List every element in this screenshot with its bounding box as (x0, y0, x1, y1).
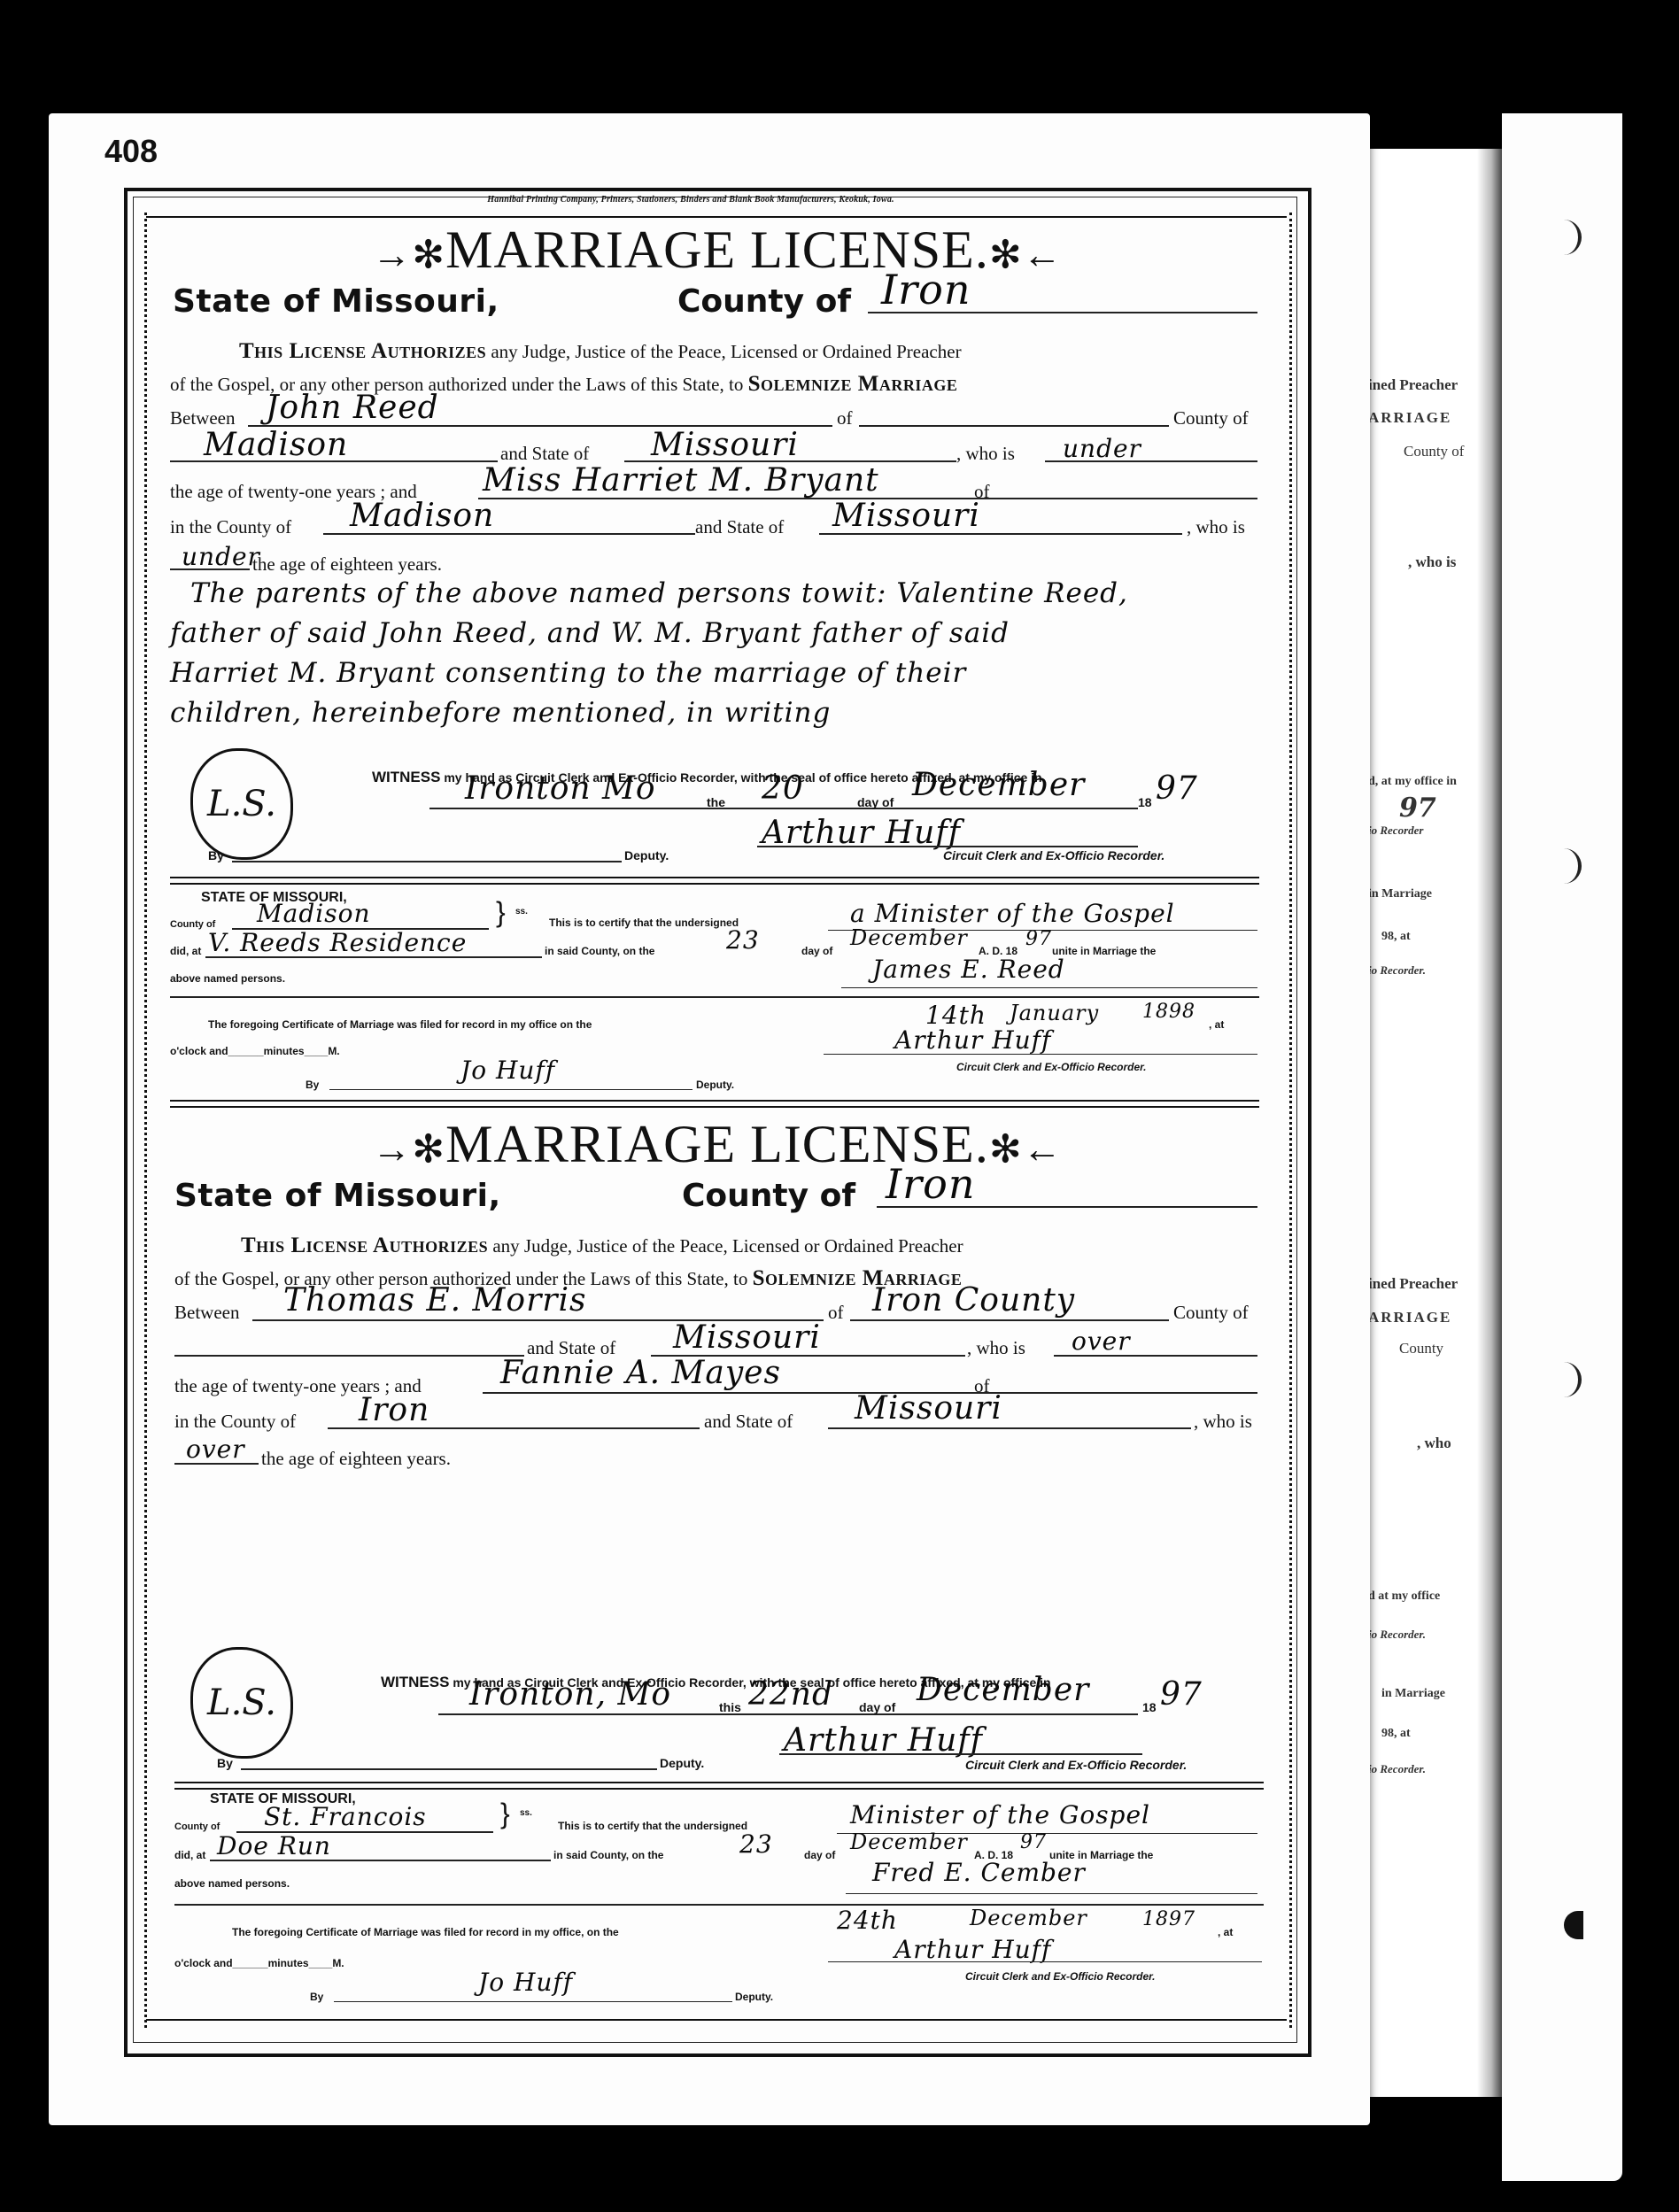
label-at: , at (1218, 1926, 1233, 1938)
witness-place: Ironton, Mo (469, 1676, 671, 1713)
filed-clerk-signature: Arthur Huff (894, 1935, 1051, 1964)
filed-clerk-line (828, 1961, 1262, 1962)
filed-day: 24th (837, 1906, 898, 1935)
label-by: By (208, 848, 224, 862)
cert-year: 97 (1025, 928, 1052, 950)
bride-age-status: over (186, 1435, 245, 1464)
bg-fragment: in Marriage (1368, 887, 1432, 901)
groom-name: John Reed (266, 390, 439, 426)
bg-fragment: io Recorder. (1368, 963, 1426, 978)
license-title: →✻MARRIAGE LICENSE.✻← (142, 220, 1293, 281)
label-clerk-title: Circuit Clerk and Ex-Officio Recorder. (956, 1061, 1147, 1073)
cert-place: Doe Run (217, 1831, 331, 1860)
label-unite: unite in Marriage the (1052, 945, 1156, 957)
county-heading: County of (677, 283, 851, 320)
groom-age-status: under (1063, 434, 1141, 463)
bg-fragment: 98, at (1381, 1727, 1411, 1741)
state-heading: State of Missouri, (173, 283, 499, 320)
groom-name: Thomas E. Morris (283, 1282, 587, 1319)
title-flourish-right: ✻← (989, 1128, 1063, 1172)
authorizes-line: This License Authorizes any Judge, Justi… (239, 339, 962, 364)
bg-fragment: ined Preacher (1368, 376, 1458, 394)
filed-year: 1898 (1142, 1001, 1195, 1023)
cert-month: December (850, 1829, 968, 1854)
label-in-county-of: in the County of (170, 516, 291, 538)
groom-of-field-line (859, 425, 1169, 427)
label-county-of: County of (1173, 1302, 1249, 1324)
bride-state-field-line (828, 1427, 1191, 1429)
filed-clerk-line (824, 1054, 1257, 1055)
bride-age-status: under (182, 542, 260, 571)
bg-fragment: , who (1417, 1435, 1451, 1452)
label-county-of: County of (1173, 407, 1249, 429)
hole-punch-mark (1555, 1362, 1582, 1397)
cert-ss: ss. (515, 907, 528, 917)
witness-year: 97 (1156, 770, 1198, 807)
section-rule (170, 996, 1259, 998)
cert-text: This is to certify that the undersigned (558, 1820, 747, 1832)
county-heading: County of (682, 1178, 855, 1214)
groom-county-field-line (174, 1355, 524, 1357)
label-did-at: did, at (170, 945, 201, 957)
state-heading: State of Missouri, (174, 1178, 501, 1214)
label-foregoing: The foregoing Certificate of Marriage wa… (208, 1018, 592, 1031)
label-clerk-title: Circuit Clerk and Ex-Officio Recorder. (965, 1758, 1187, 1772)
bride-county: Madison (350, 498, 494, 534)
label-foregoing: The foregoing Certificate of Marriage wa… (232, 1926, 619, 1938)
section-divider (170, 877, 1259, 885)
section-divider (174, 1782, 1264, 1790)
bg-fragment: io Recorder (1368, 824, 1423, 838)
cert-text: This is to certify that the undersigned (549, 917, 739, 929)
seal-ls: L.S. (190, 748, 293, 860)
ornamental-rule-top (146, 216, 1287, 218)
label-in-county-of: in the County of (174, 1411, 296, 1433)
officiant-line (841, 987, 1257, 988)
deputy-field-line (232, 861, 622, 862)
officiant-signature: James E. Reed (872, 955, 1065, 984)
bg-fragment: ARRIAGE (1368, 409, 1451, 427)
brace: } (496, 896, 506, 929)
label-year-prefix: 18 (1138, 795, 1152, 809)
label-year-prefix: 18 (1142, 1700, 1157, 1714)
section-rule (174, 1904, 1264, 1906)
label-day-of: day of (804, 1849, 835, 1861)
label-this: this (719, 1700, 741, 1714)
bg-fragment: , who is (1408, 553, 1456, 571)
bg-fragment: County (1399, 1340, 1443, 1357)
cert-day: 23 (739, 1829, 773, 1859)
cert-ss: ss. (520, 1808, 532, 1818)
cert-year: 97 (1020, 1831, 1047, 1853)
label-by: By (310, 1991, 323, 2003)
label-deputy: Deputy. (735, 1991, 773, 2003)
bride-name: Miss Harriet M. Bryant (483, 462, 879, 499)
filed-month: December (970, 1906, 1087, 1930)
clerk-signature-line (757, 846, 1138, 847)
clerk-signature-line (779, 1753, 1142, 1755)
label-who-is: , who is (1187, 516, 1245, 538)
label-of: of (837, 407, 853, 429)
label-day-of: day of (801, 945, 832, 957)
cert-county: Madison (257, 899, 371, 928)
bride-state: Missouri (832, 498, 980, 534)
bride-name: Fannie A. Mayes (500, 1355, 781, 1391)
witness-day: 20 (762, 770, 804, 807)
label-did-at: did, at (174, 1849, 205, 1861)
label-and-state-of: and State of (704, 1411, 793, 1433)
label-between: Between (174, 1302, 239, 1324)
title-flourish-right: ✻← (989, 234, 1063, 277)
label-in-said-county: in said County, on the (553, 1849, 663, 1861)
title-flourish-left: →✻ (372, 234, 445, 277)
label-and-state-of: and State of (695, 516, 784, 538)
title-flourish-left: →✻ (372, 1128, 445, 1172)
license-divider (170, 1100, 1259, 1108)
label-above-named: above named persons. (174, 1877, 290, 1890)
hole-punch-mark (1555, 220, 1582, 255)
witness-place: Ironton Mo (465, 770, 656, 807)
label-day-of: day of (859, 1700, 895, 1714)
label-by: By (306, 1079, 319, 1091)
county-value: Iron (886, 1160, 975, 1208)
label-in-said-county: in said County, on the (545, 945, 654, 957)
label-day-of: day of (857, 795, 894, 809)
groom-age-status: over (1072, 1326, 1131, 1356)
consent-note-line: The parents of the above named persons t… (190, 577, 1128, 609)
bg-fragment: 97 (1399, 793, 1436, 824)
filed-deputy-line (329, 1089, 692, 1090)
bg-fragment: d, at my office in (1368, 775, 1457, 789)
label-who-is: , who is (1194, 1411, 1252, 1433)
groom-state: Missouri (673, 1319, 821, 1356)
bg-fragment: io Recorder. (1368, 1762, 1426, 1776)
consent-note-line: Harriet M. Bryant consenting to the marr… (170, 657, 966, 689)
label-at: , at (1209, 1018, 1224, 1031)
label-deputy: Deputy. (624, 848, 669, 862)
witness-place-field-line (429, 808, 1138, 809)
label-above-named: above named persons. (170, 972, 285, 985)
witness-month: December (912, 767, 1085, 803)
officiant-line (846, 1893, 1257, 1894)
label-age-18: the age of eighteen years. (252, 553, 442, 576)
label-the: the (707, 795, 725, 809)
bg-fragment: io Recorder. (1368, 1628, 1426, 1642)
witness-place-field-line (438, 1713, 1138, 1715)
label-who-is: , who is (956, 443, 1015, 465)
consent-note-line: children, hereinbefore mentioned, in wri… (170, 697, 831, 729)
cert-day: 23 (726, 925, 760, 955)
witness-day: 22nd (748, 1676, 833, 1713)
background-page (1364, 149, 1505, 2097)
filed-month: January (1010, 1001, 1099, 1025)
filed-deputy-signature: Jo Huff (460, 1056, 555, 1085)
groom-state: Missouri (651, 427, 799, 463)
filed-year: 1897 (1142, 1908, 1195, 1930)
bg-fragment: County of (1404, 443, 1464, 460)
cert-month: December (850, 925, 968, 950)
bg-fragment: d at my office (1368, 1589, 1440, 1604)
printer-imprint: Hannibal Printing Company, Printers, Sta… (337, 195, 1045, 205)
label-of: of (828, 1302, 844, 1324)
filed-deputy-signature: Jo Huff (478, 1968, 573, 1997)
groom-of-field-line (850, 1319, 1169, 1321)
label-clerk-title: Circuit Clerk and Ex-Officio Recorder. (965, 1970, 1156, 1983)
filed-deputy-line (334, 2001, 732, 2002)
groom-of: Iron County (872, 1282, 1075, 1319)
bg-fragment: in Marriage (1381, 1687, 1445, 1701)
witness-year: 97 (1160, 1676, 1203, 1713)
label-who-is: , who is (967, 1337, 1025, 1359)
bg-fragment: ined Preacher (1368, 1275, 1458, 1293)
authorizes-line: This License Authorizes any Judge, Justi… (241, 1234, 963, 1258)
oclock-line: o'clock and______minutes____M. (170, 1045, 340, 1057)
bride-state: Missouri (855, 1390, 1002, 1427)
cert-county-label: County of (174, 1821, 220, 1832)
cert-county: St. Francois (264, 1802, 427, 1831)
label-by: By (217, 1756, 233, 1770)
bg-fragment: 98, at (1381, 930, 1411, 944)
label-deputy: Deputy. (696, 1079, 734, 1091)
cert-place: V. Reeds Residence (208, 928, 467, 957)
page-number: 408 (104, 133, 158, 170)
filed-clerk-signature: Arthur Huff (894, 1025, 1051, 1055)
hole-punch-mark (1564, 1911, 1583, 1939)
ornamental-rule-bottom (146, 2019, 1287, 2021)
hole-punch-mark (1555, 848, 1582, 884)
deputy-field-line (241, 1768, 657, 1770)
bg-fragment: ARRIAGE (1368, 1309, 1451, 1326)
end-page-strip (1502, 113, 1622, 2181)
license-title: →✻MARRIAGE LICENSE.✻← (142, 1114, 1293, 1175)
county-value: Iron (881, 266, 971, 313)
seal-ls: L.S. (190, 1647, 293, 1759)
officiant-signature: Fred E. Cember (872, 1858, 1086, 1887)
cert-officiant-title: a Minister of the Gospel (850, 899, 1175, 928)
witness-month: December (917, 1672, 1089, 1708)
label-age-18: the age of eighteen years. (261, 1448, 451, 1470)
consent-note-line: father of said John Reed, and W. M. Brya… (170, 617, 1010, 649)
oclock-line: o'clock and______minutes____M. (174, 1957, 344, 1969)
groom-county: Madison (204, 427, 348, 463)
bride-county: Iron (359, 1392, 429, 1428)
label-clerk-title: Circuit Clerk and Ex-Officio Recorder. (943, 848, 1164, 862)
brace: } (500, 1798, 510, 1830)
cert-officiant-title: Minister of the Gospel (850, 1800, 1150, 1829)
label-deputy: Deputy. (660, 1756, 704, 1770)
